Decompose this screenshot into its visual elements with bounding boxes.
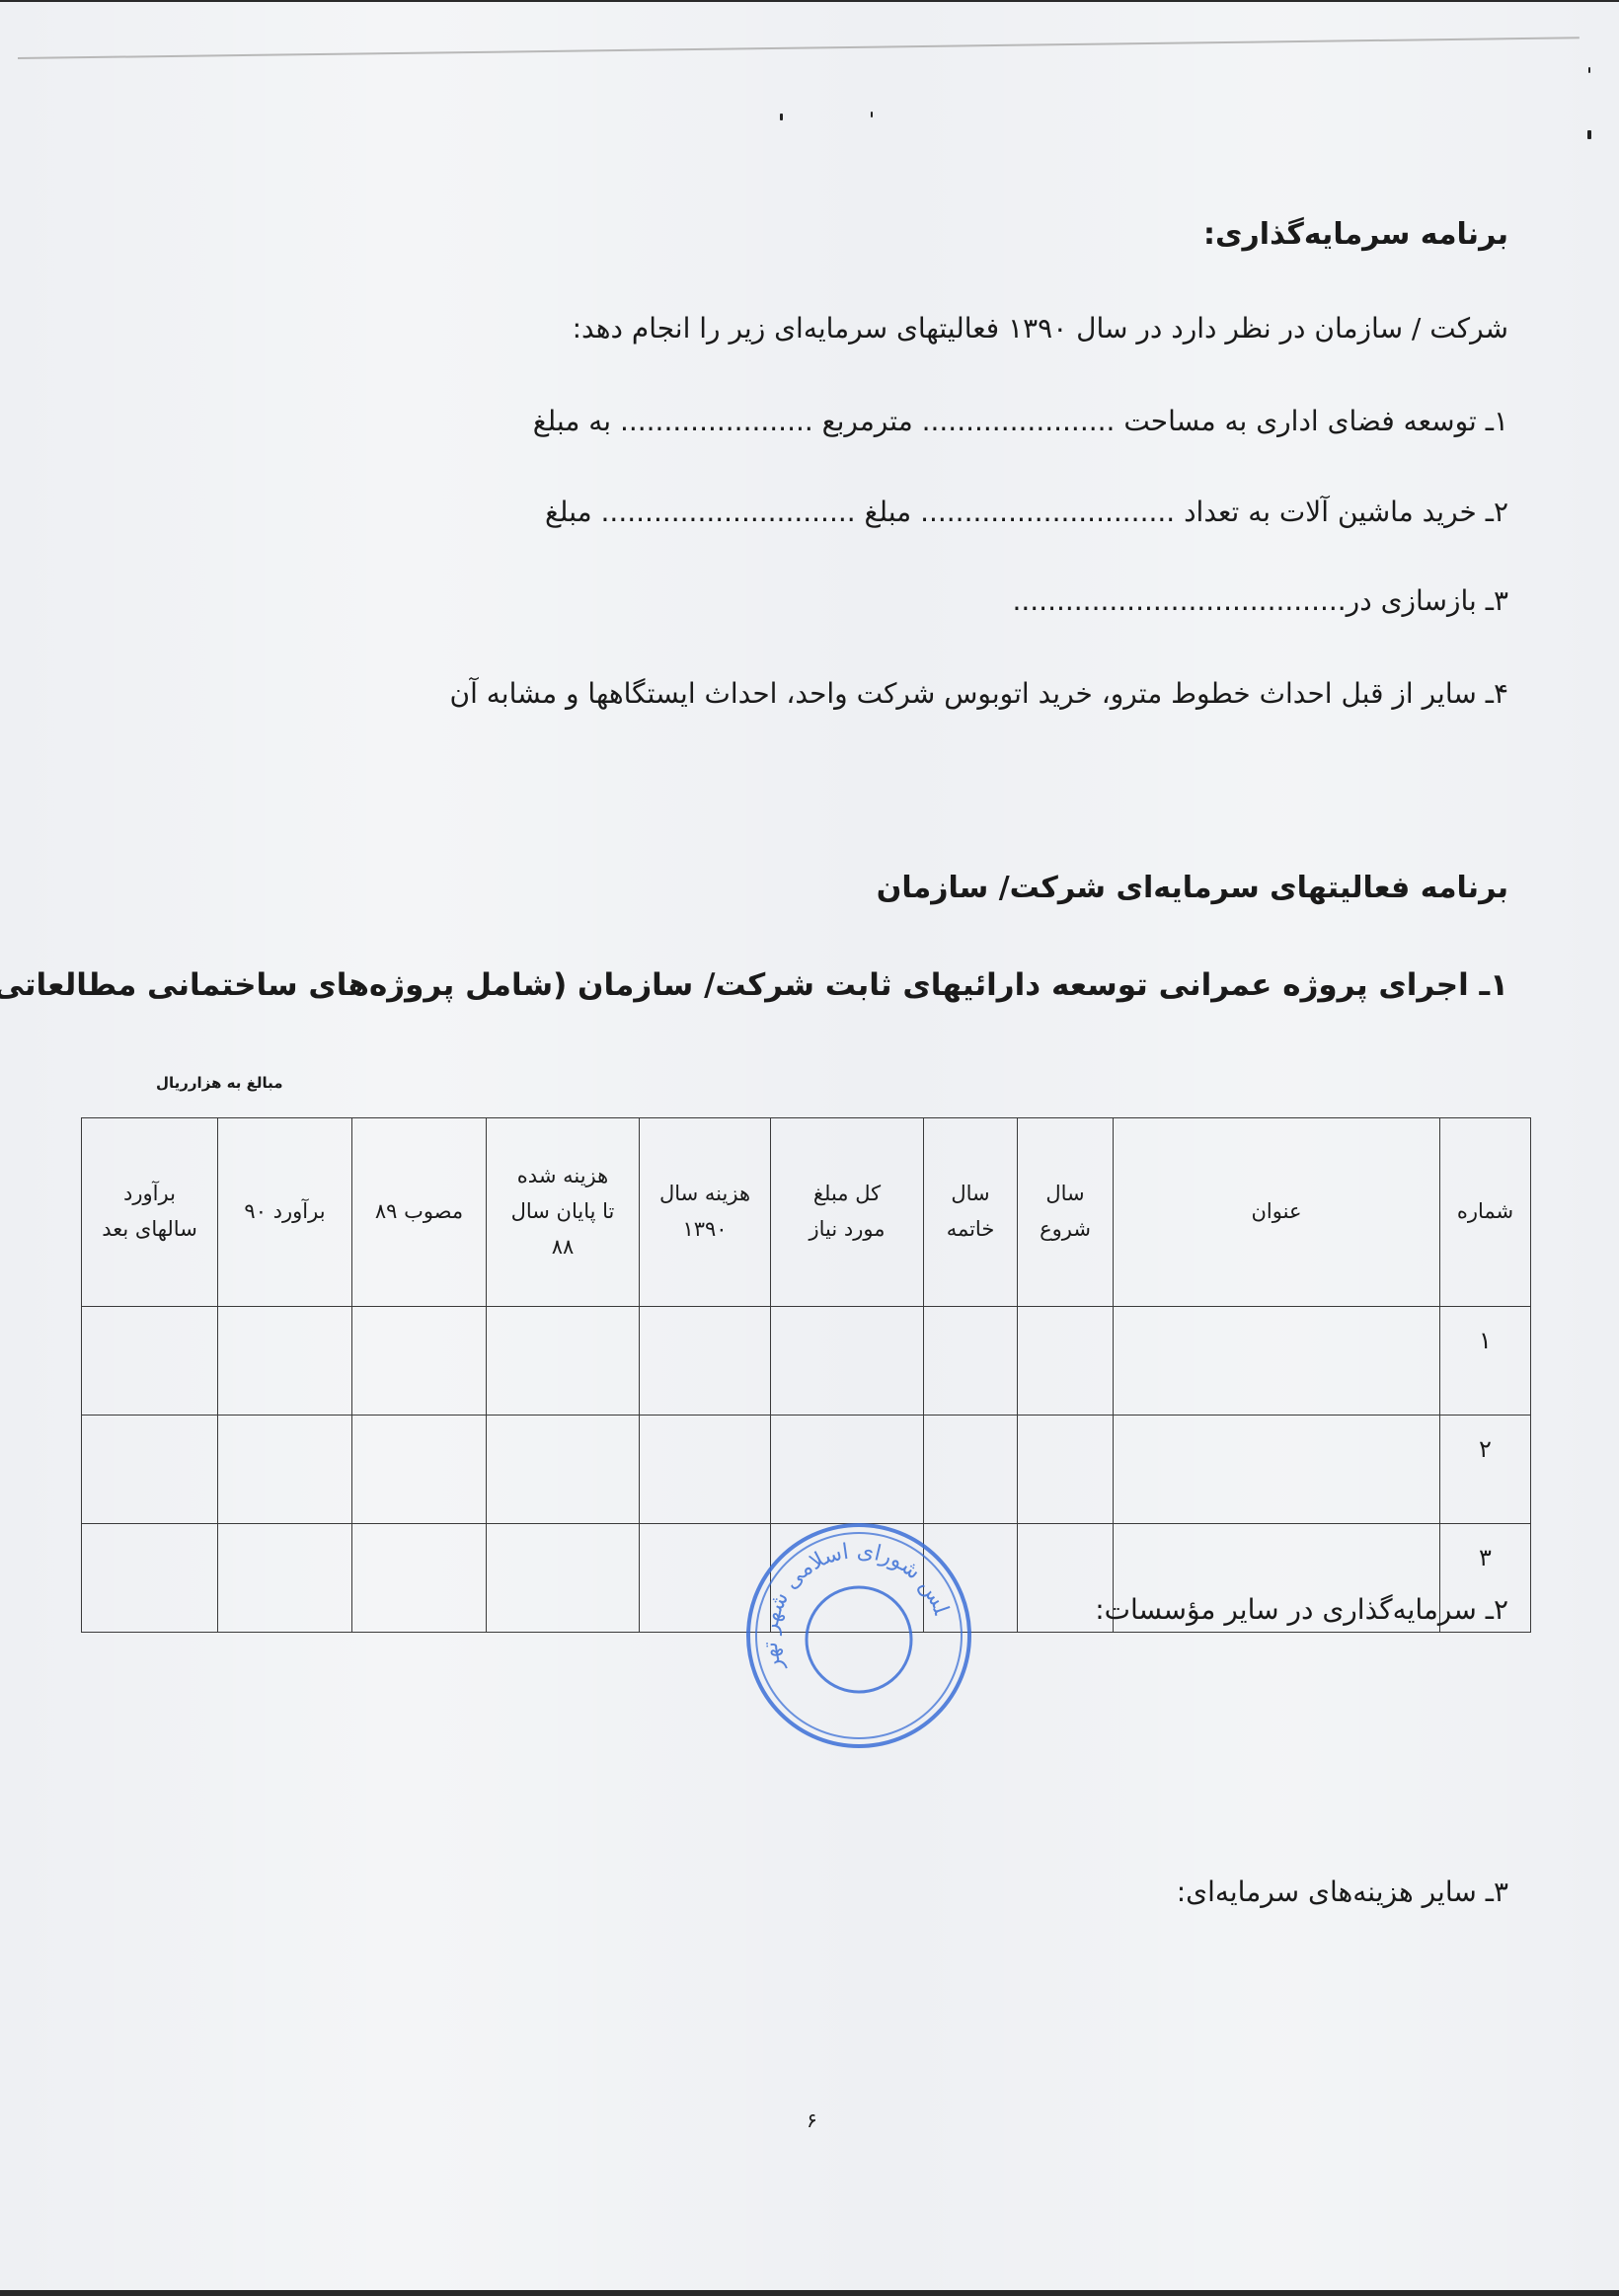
total-required-cell[interactable] [771, 1307, 924, 1416]
scan-speck [871, 112, 873, 117]
official-stamp-icon: مجلس شورای اسلامی شهر تهران [742, 1519, 975, 1752]
estimate-later-cell[interactable] [82, 1307, 218, 1416]
col-header-label: سال [1018, 1177, 1113, 1212]
col-header-title: عنوان [1114, 1118, 1440, 1307]
row-number-cell: ۱ [1440, 1307, 1531, 1416]
col-header-label: برآورد [82, 1177, 217, 1212]
investment-item-machinery: ۲ـ خرید ماشین آلات به تعداد ............… [545, 496, 1508, 528]
col-header-end-year: سال خاتمه [924, 1118, 1018, 1307]
col-header-approved-89: مصوب ۸۹ [352, 1118, 487, 1307]
estimate-later-cell[interactable] [82, 1416, 218, 1524]
col-header-cost-1390: هزینه سال ۱۳۹۰ [640, 1118, 771, 1307]
title-cell[interactable] [1114, 1416, 1440, 1524]
cost-1390-cell[interactable] [640, 1307, 771, 1416]
approved-89-cell[interactable] [352, 1307, 487, 1416]
title-cell[interactable] [1114, 1307, 1440, 1416]
scan-speck [1588, 67, 1590, 73]
col-header-estimate-90: برآورد ۹۰ [218, 1118, 352, 1307]
col-header-label: سالهای بعد [82, 1212, 217, 1248]
investment-item-other: ۴ـ سایر از قبل احداث خطوط مترو، خرید اتو… [450, 677, 1508, 710]
unit-note: مبالغ به هزارریال [156, 1074, 283, 1092]
investment-item-office-space: ۱ـ توسعه فضای اداری به مساحت ...........… [533, 405, 1508, 437]
spent-until-88-cell[interactable] [487, 1524, 640, 1633]
scanned-page: برنامه سرمایه‌گذاری: شرکت / سازمان در نظ… [0, 2, 1619, 2290]
start-year-cell[interactable] [1018, 1416, 1114, 1524]
capital-activities-heading: برنامه فعالیتهای سرمایه‌ای شرکت/ سازمان [877, 871, 1508, 905]
investment-item-renovation: ۳ـ بازسازی در...........................… [1012, 584, 1508, 617]
col-header-label: هزینه سال [640, 1177, 770, 1212]
start-year-cell[interactable] [1018, 1307, 1114, 1416]
top-rule-divider [18, 37, 1580, 59]
table-row: ۱ [82, 1307, 1531, 1416]
col-header-start-year: سال شروع [1018, 1118, 1114, 1307]
estimate-later-cell[interactable] [82, 1524, 218, 1633]
col-header-label: برآورد ۹۰ [218, 1194, 351, 1230]
spent-until-88-cell[interactable] [487, 1307, 640, 1416]
cost-1390-cell[interactable] [640, 1416, 771, 1524]
estimate-90-cell[interactable] [218, 1416, 352, 1524]
end-year-cell[interactable] [924, 1416, 1018, 1524]
page-number: ۶ [807, 2108, 817, 2132]
col-header-label: شماره [1440, 1194, 1530, 1230]
table-header-row: شماره عنوان سال شروع سال خاتمه کل مبلغ م… [82, 1118, 1531, 1307]
scan-speck [780, 114, 783, 120]
col-header-label: کل مبلغ [771, 1177, 923, 1212]
col-header-label: شروع [1018, 1212, 1113, 1248]
col-header-label: تا پایان سال [487, 1194, 639, 1230]
row-number-cell: ۲ [1440, 1416, 1531, 1524]
spent-until-88-cell[interactable] [487, 1416, 640, 1524]
col-header-estimate-later-years: برآورد سالهای بعد [82, 1118, 218, 1307]
estimate-90-cell[interactable] [218, 1524, 352, 1633]
scan-speck [1587, 130, 1591, 139]
approved-89-cell[interactable] [352, 1524, 487, 1633]
col-header-label: هزینه شده [487, 1159, 639, 1194]
col-header-label: ۱۳۹۰ [640, 1212, 770, 1248]
col-header-label: خاتمه [924, 1212, 1017, 1248]
col-header-label: ۸۸ [487, 1230, 639, 1265]
investment-program-heading: برنامه سرمایه‌گذاری: [1203, 217, 1508, 252]
section3-title: ۳ـ سایر هزینه‌های سرمایه‌ای: [1177, 1875, 1508, 1908]
end-year-cell[interactable] [924, 1307, 1018, 1416]
col-header-label: عنوان [1114, 1194, 1439, 1230]
col-header-label: سال [924, 1177, 1017, 1212]
approved-89-cell[interactable] [352, 1416, 487, 1524]
col-header-label: مورد نیاز [771, 1212, 923, 1248]
col-header-label: مصوب ۸۹ [352, 1194, 486, 1230]
total-required-cell[interactable] [771, 1416, 924, 1524]
col-header-total-required: کل مبلغ مورد نیاز [771, 1118, 924, 1307]
estimate-90-cell[interactable] [218, 1307, 352, 1416]
col-header-spent-until-88: هزینه شده تا پایان سال ۸۸ [487, 1118, 640, 1307]
section2-title: ۲ـ سرمایه‌گذاری در سایر مؤسسات: [1095, 1593, 1508, 1626]
section1-title: ۱ـ اجرای پروژه عمرانی توسعه دارائیهای ثا… [0, 967, 1508, 1003]
table-row: ۲ [82, 1416, 1531, 1524]
col-header-number: شماره [1440, 1118, 1531, 1307]
investment-program-intro: شرکت / سازمان در نظر دارد در سال ۱۳۹۰ فع… [573, 312, 1508, 344]
